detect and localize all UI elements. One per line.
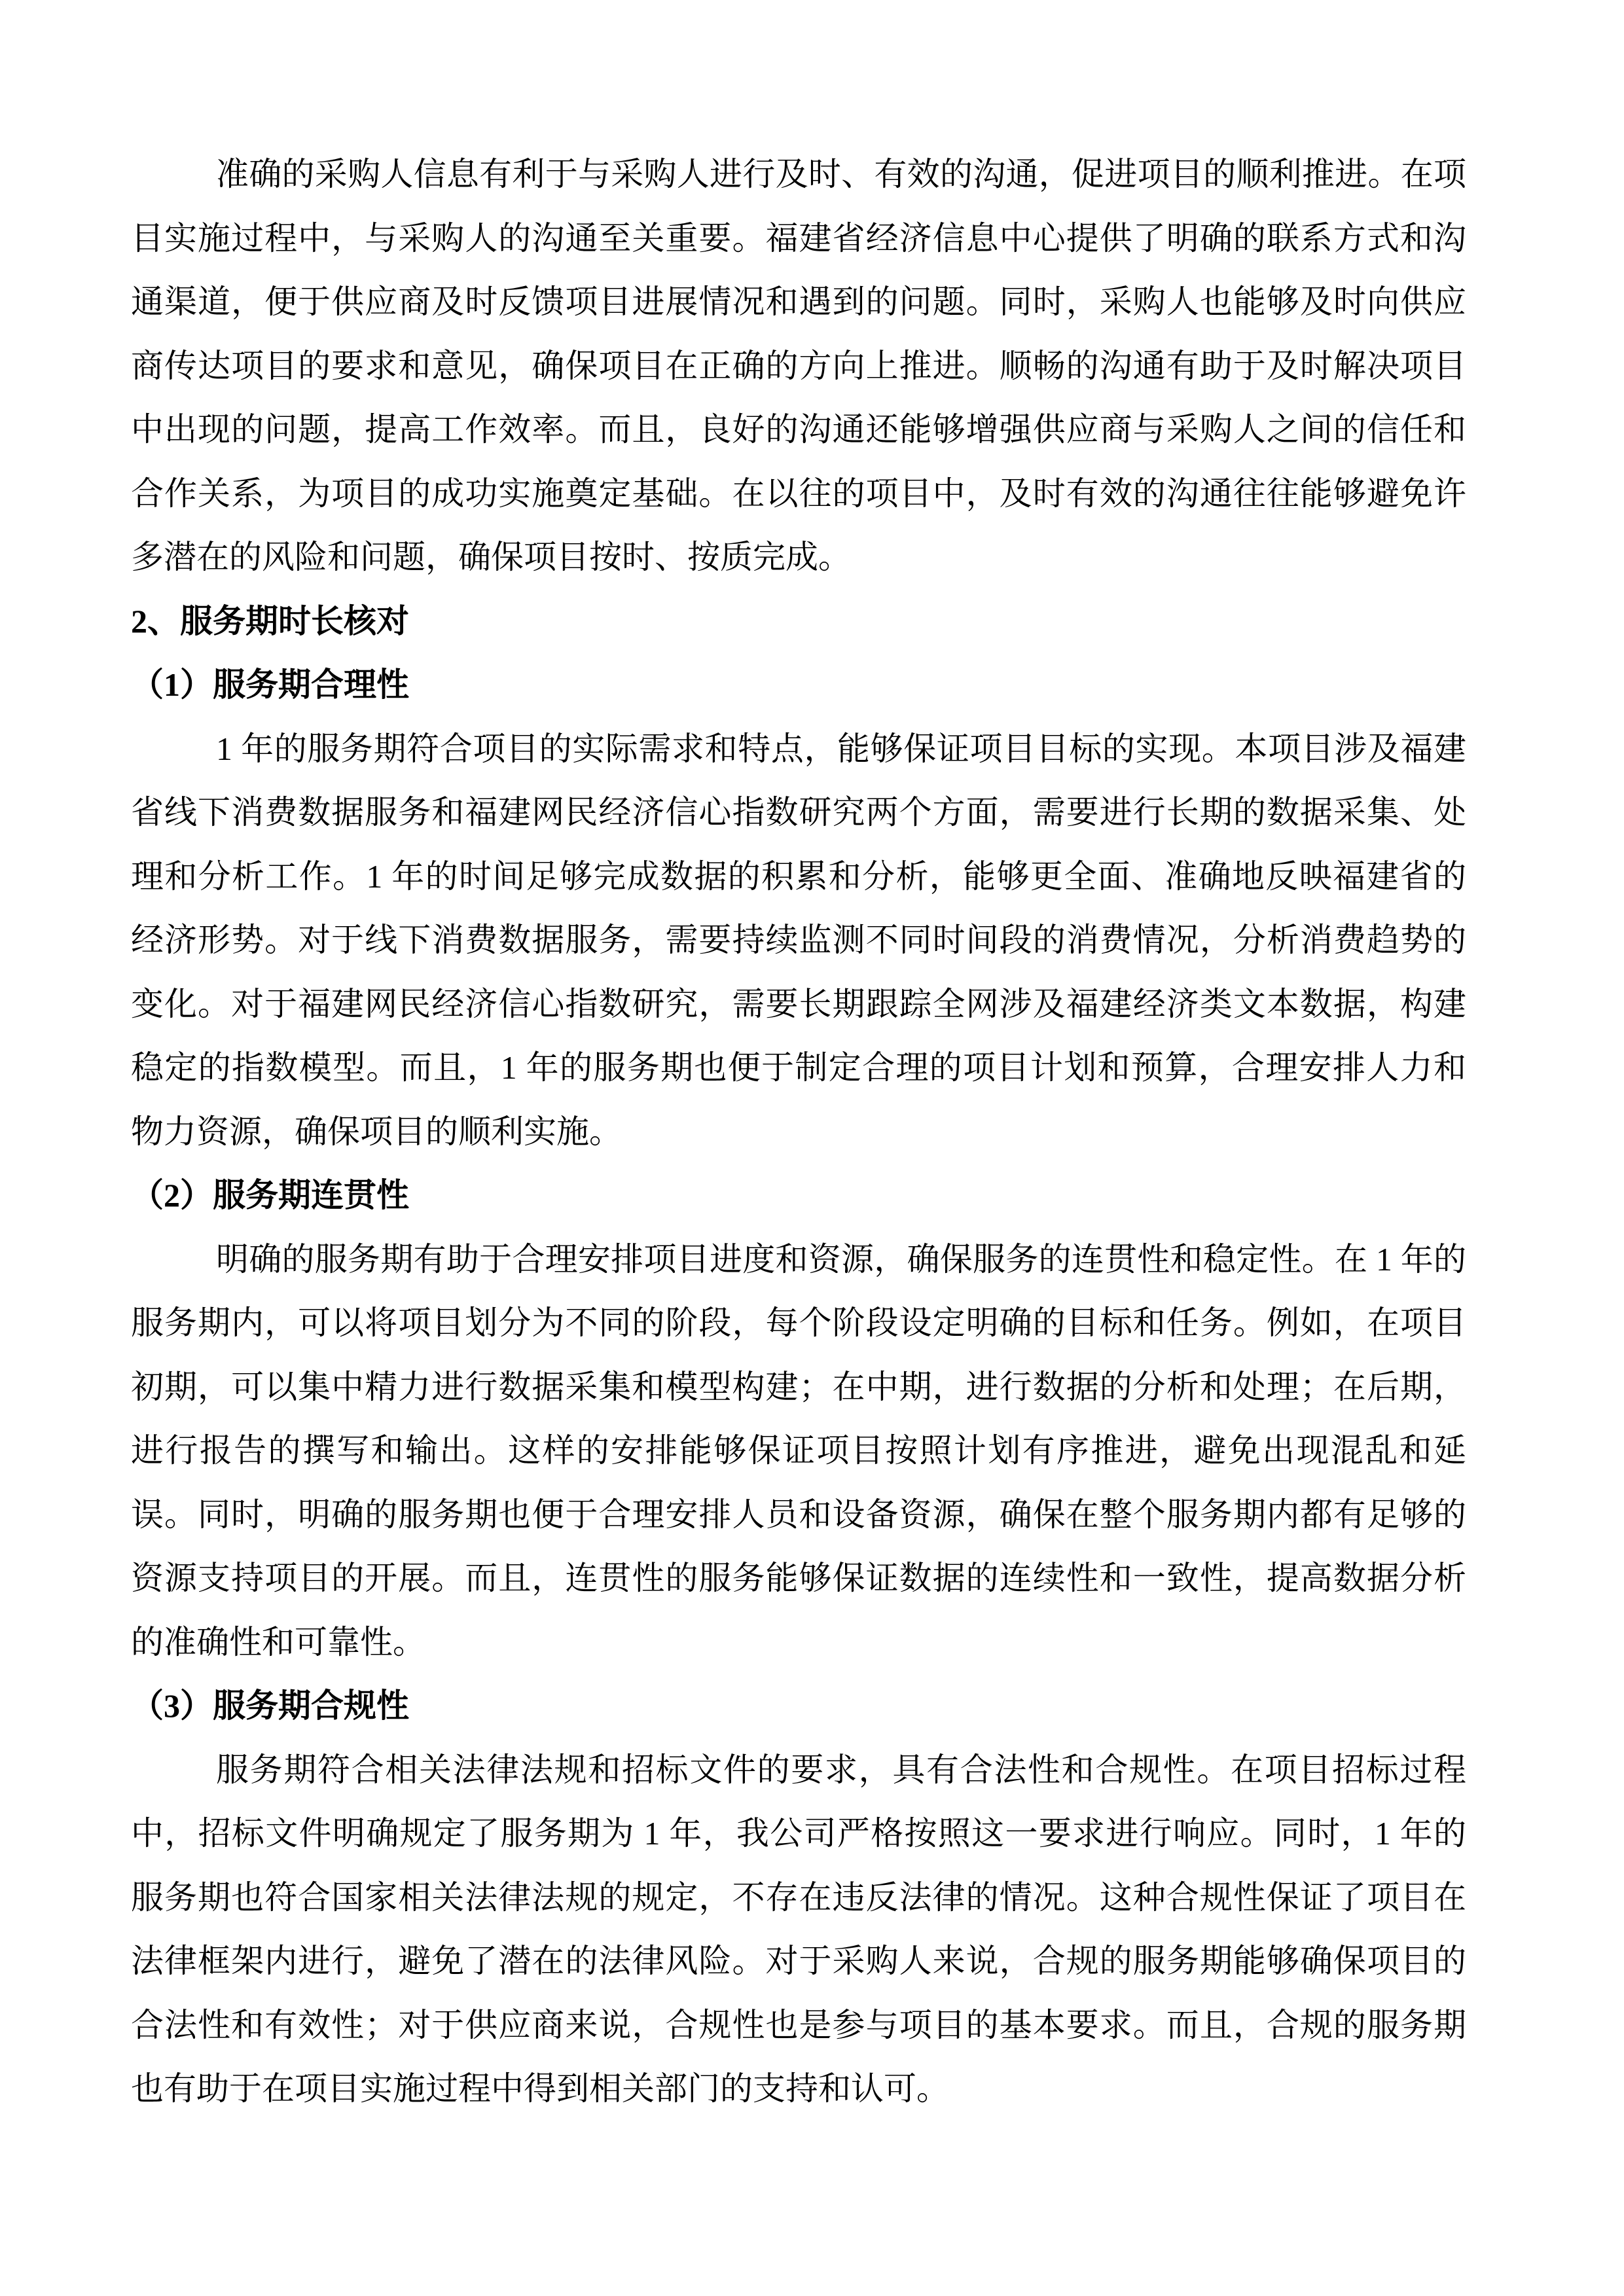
document-page: 准确的采购人信息有利于与采购人进行及时、有效的沟通，促进项目的顺利推进。在项 目… <box>0 0 1624 2296</box>
paragraph-line: 中，招标文件明确规定了服务期为 1 年，我公司严格按照这一要求进行响应。同时，1… <box>131 1802 1466 1866</box>
subsection-heading: （3）服务期合规性 <box>131 1674 1466 1738</box>
paragraph-line: 准确的采购人信息有利于与采购人进行及时、有效的沟通，促进项目的顺利推进。在项 <box>131 143 1466 207</box>
section-heading: 2、服务期时长核对 <box>131 590 1466 654</box>
document-content: 准确的采购人信息有利于与采购人进行及时、有效的沟通，促进项目的顺利推进。在项 目… <box>131 143 1466 2121</box>
paragraph-line: 中出现的问题，提高工作效率。而且，良好的沟通还能够增强供应商与采购人之间的信任和 <box>131 398 1466 462</box>
paragraph-line: 商传达项目的要求和意见，确保项目在正确的方向上推进。顺畅的沟通有助于及时解决项目 <box>131 334 1466 399</box>
paragraph-line: 明确的服务期有助于合理安排项目进度和资源，确保服务的连贯性和稳定性。在 1 年的 <box>131 1228 1466 1292</box>
paragraph-line: 法律框架内进行，避免了潜在的法律风险。对于采购人来说，合规的服务期能够确保项目的 <box>131 1929 1466 1994</box>
paragraph-line: 服务期也符合国家相关法律法规的规定，不存在违反法律的情况。这种合规性保证了项目在 <box>131 1866 1466 1930</box>
paragraph-line: 稳定的指数模型。而且，1 年的服务期也便于制定合理的项目计划和预算，合理安排人力… <box>131 1036 1466 1100</box>
paragraph-line: 合作关系，为项目的成功实施奠定基础。在以往的项目中，及时有效的沟通往往能够避免许 <box>131 462 1466 526</box>
paragraph-line: 误。同时，明确的服务期也便于合理安排人员和设备资源，确保在整个服务期内都有足够的 <box>131 1483 1466 1547</box>
paragraph-line: 的准确性和可靠性。 <box>131 1611 1466 1675</box>
paragraph-line: 物力资源，确保项目的顺利实施。 <box>131 1100 1466 1164</box>
paragraph-line: 合法性和有效性；对于供应商来说，合规性也是参与项目的基本要求。而且，合规的服务期 <box>131 1994 1466 2058</box>
paragraph-line: 目实施过程中，与采购人的沟通至关重要。福建省经济信息中心提供了明确的联系方式和沟 <box>131 207 1466 271</box>
paragraph-line: 资源支持项目的开展。而且，连贯性的服务能够保证数据的连续性和一致性，提高数据分析 <box>131 1547 1466 1611</box>
paragraph-line: 也有助于在项目实施过程中得到相关部门的支持和认可。 <box>131 2057 1466 2121</box>
paragraph-line: 经济形势。对于线下消费数据服务，需要持续监测不同时间段的消费情况，分析消费趋势的 <box>131 908 1466 973</box>
paragraph-line: 初期，可以集中精力进行数据采集和模型构建；在中期，进行数据的分析和处理；在后期， <box>131 1355 1466 1420</box>
paragraph-line: 进行报告的撰写和输出。这样的安排能够保证项目按照计划有序推进，避免出现混乱和延 <box>131 1419 1466 1483</box>
subsection-heading: （2）服务期连贯性 <box>131 1164 1466 1228</box>
paragraph-line: 理和分析工作。1 年的时间足够完成数据的积累和分析，能够更全面、准确地反映福建省… <box>131 845 1466 909</box>
paragraph-line: 变化。对于福建网民经济信心指数研究，需要长期跟踪全网涉及福建经济类文本数据，构建 <box>131 973 1466 1037</box>
paragraph-line: 1 年的服务期符合项目的实际需求和特点，能够保证项目目标的实现。本项目涉及福建 <box>131 717 1466 781</box>
subsection-heading: （1）服务期合理性 <box>131 653 1466 717</box>
paragraph-line: 服务期符合相关法律法规和招标文件的要求，具有合法性和合规性。在项目招标过程 <box>131 1738 1466 1803</box>
paragraph-line: 通渠道，便于供应商及时反馈项目进展情况和遇到的问题。同时，采购人也能够及时向供应 <box>131 270 1466 334</box>
paragraph-line: 省线下消费数据服务和福建网民经济信心指数研究两个方面，需要进行长期的数据采集、处 <box>131 781 1466 845</box>
paragraph-line: 多潜在的风险和问题，确保项目按时、按质完成。 <box>131 526 1466 590</box>
paragraph-line: 服务期内，可以将项目划分为不同的阶段，每个阶段设定明确的目标和任务。例如，在项目 <box>131 1291 1466 1355</box>
